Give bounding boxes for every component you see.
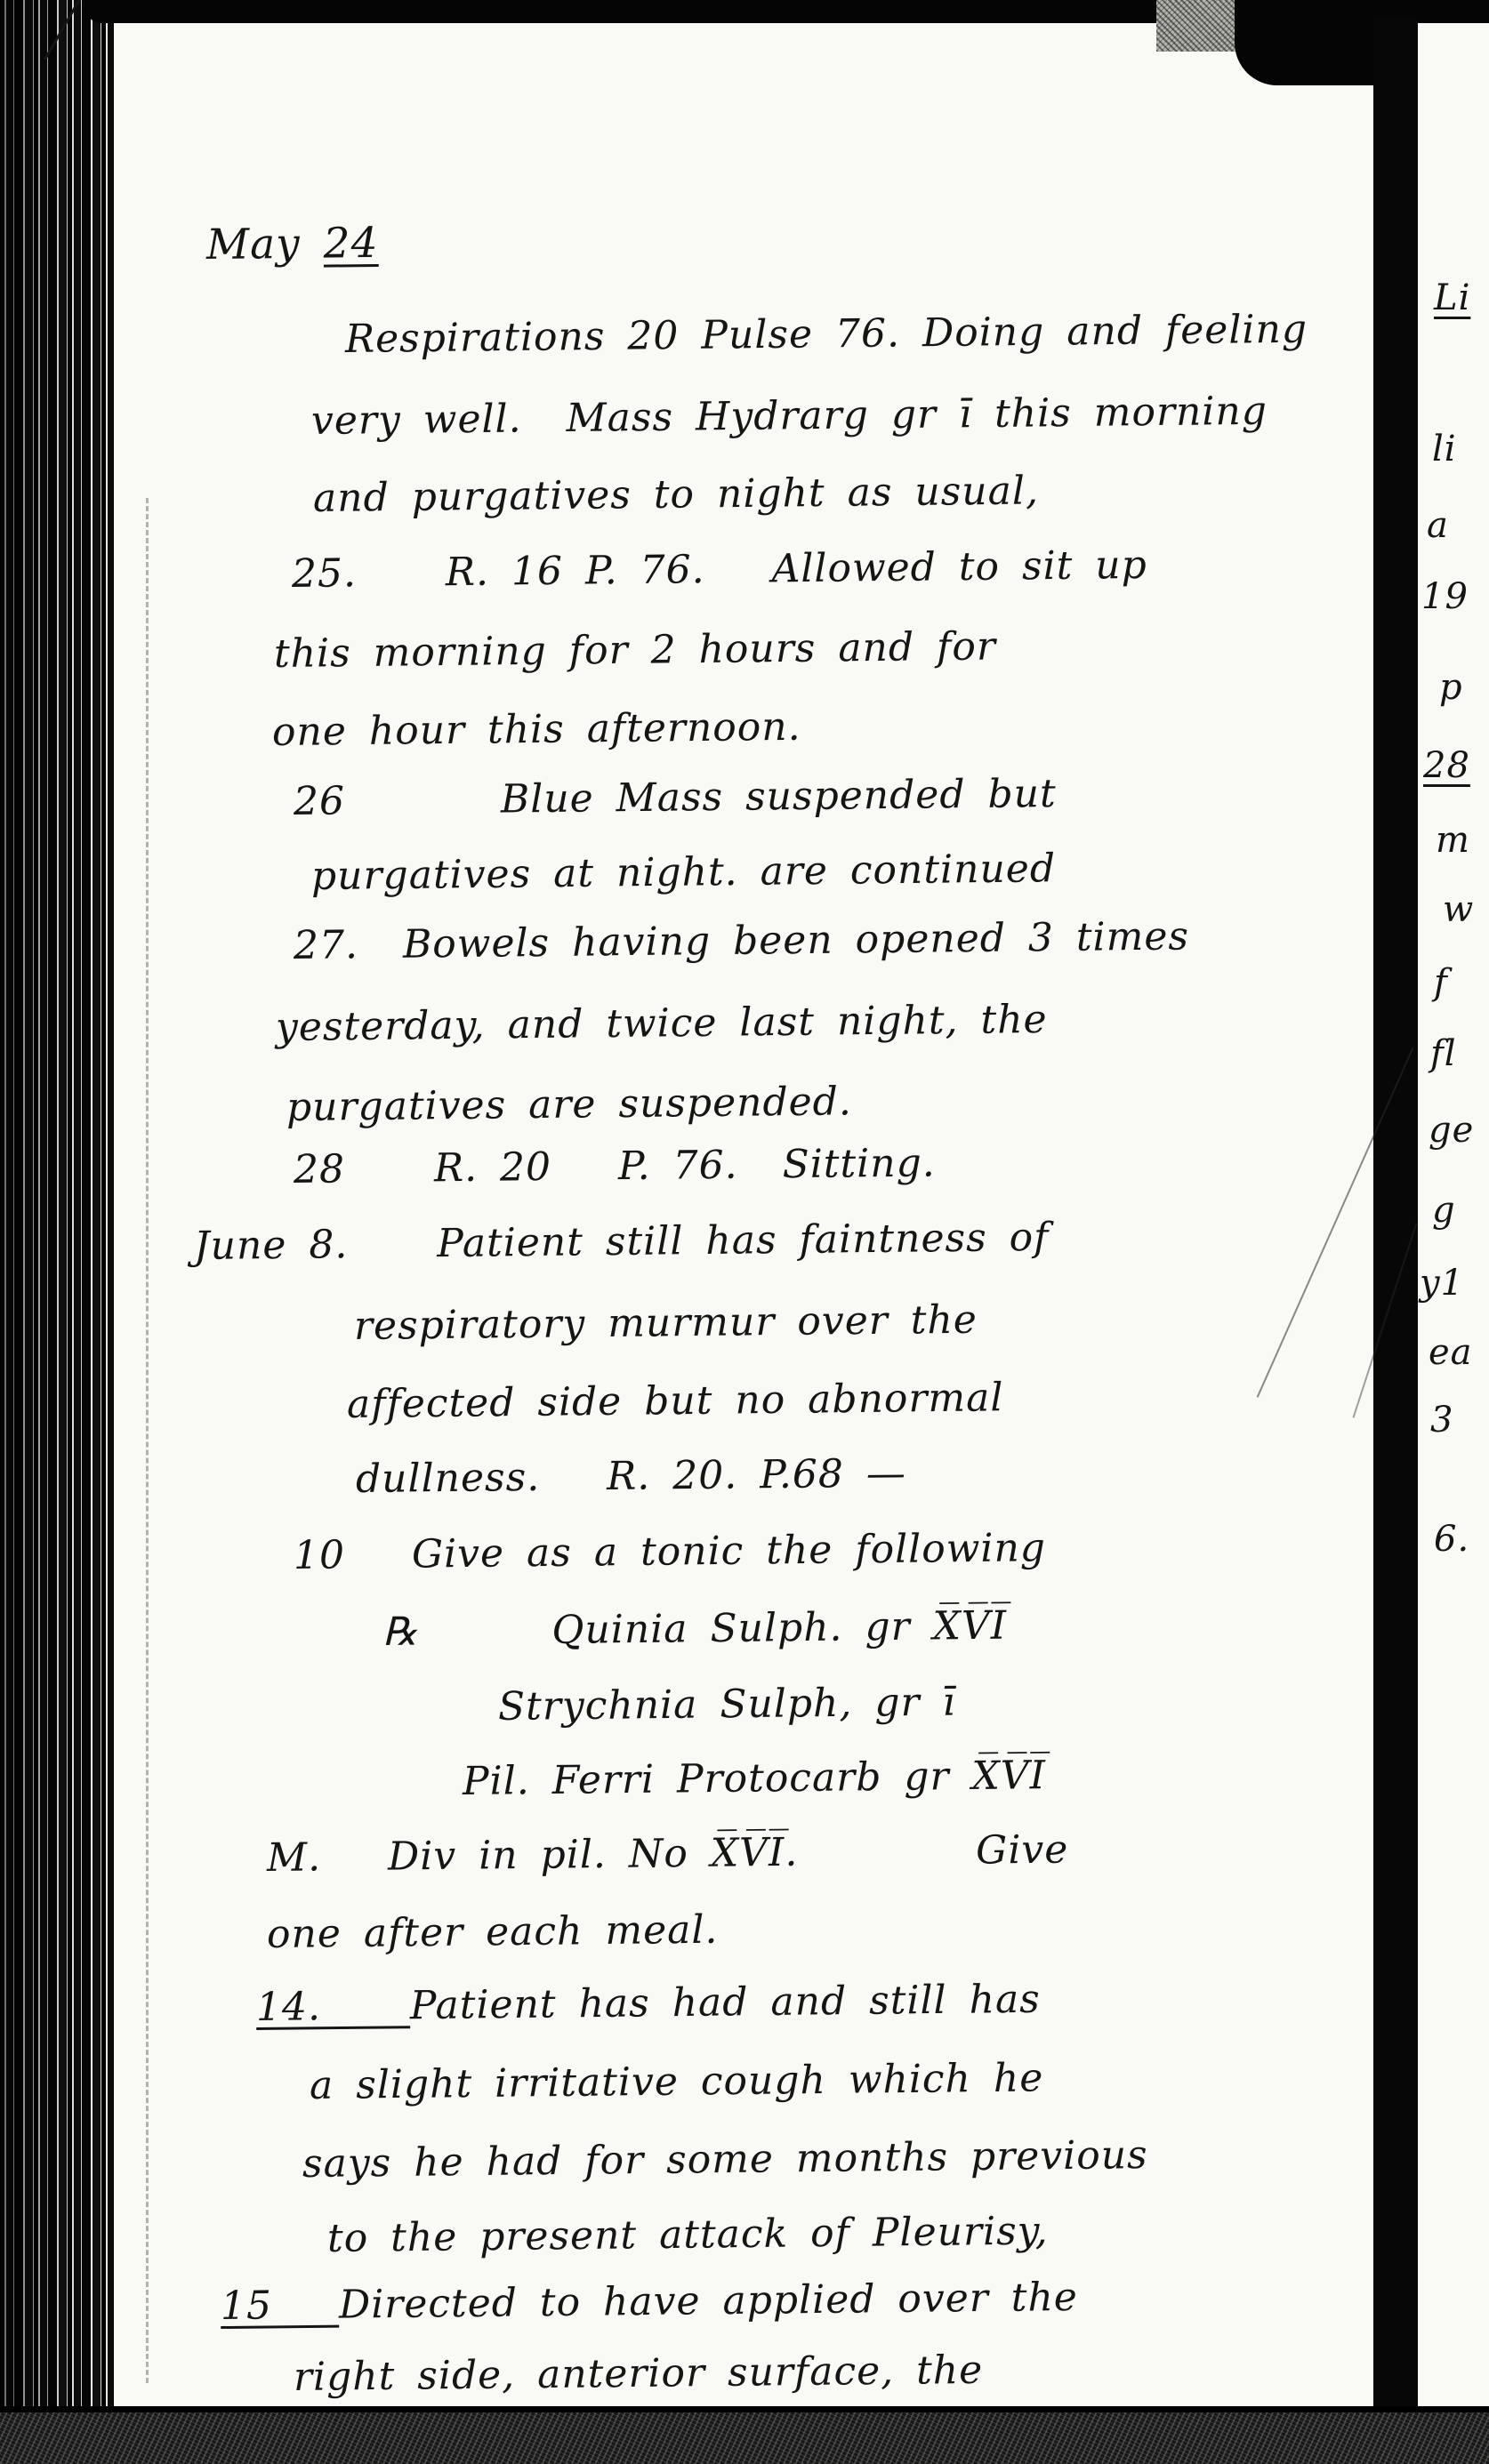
entry-text: Pil. Ferri Protocarb gr X̅V̅I̅: [463, 1753, 1047, 1804]
facing-page-fragment: f: [1434, 962, 1448, 1003]
entry-number: M.: [267, 1834, 389, 1881]
entry-number: June 8.: [194, 1221, 438, 1269]
facing-page-fragment: g: [1432, 1190, 1456, 1231]
manuscript-line: right side, anterior surface, the: [294, 2349, 984, 2400]
entry-text: Give as a tonic the following: [412, 1525, 1047, 1577]
manuscript-line: affected side but no abnormal: [347, 1376, 1004, 1426]
manuscript-line: a slight irritative cough which he: [310, 2057, 1044, 2107]
manuscript-line: M. Div in pil. No X̅V̅I̅. Give: [267, 1829, 1069, 1881]
facing-page-fragment: a: [1427, 505, 1449, 546]
manuscript-line: yesterday, and twice last night, the: [276, 999, 1048, 1049]
entry-text: yesterday, and twice last night, the: [276, 997, 1048, 1050]
manuscript-line: 27. Bowels having been opened 3 times: [294, 915, 1189, 967]
facing-page-fragment: li: [1432, 429, 1457, 470]
entry-text: Patient has had and still has: [410, 1977, 1041, 2028]
book-gutter-shadow: [1373, 18, 1418, 2417]
manuscript-line: dullness. R. 20. P.68 —: [356, 1453, 906, 1502]
scan-noise-block: [1156, 0, 1238, 52]
entry-text: Blue Mass suspended but: [501, 771, 1057, 823]
facing-page-fragment: p: [1439, 667, 1463, 708]
facing-page-fragment: w: [1443, 889, 1474, 930]
manuscript-line: this morning for 2 hours and for: [274, 625, 996, 676]
rx-symbol: ℞: [382, 1608, 552, 1655]
facing-page-fragment: ge: [1429, 1110, 1474, 1151]
facing-page-fragment: Li: [1434, 277, 1470, 318]
entry-text: right side, anterior surface, the: [294, 2348, 984, 2400]
manuscript-line: 15 Directed to have applied over the: [221, 2276, 1078, 2328]
entry-text: Bowels having been opened 3 times: [403, 913, 1190, 967]
manuscript-line: to the present attack of Pleurisy,: [327, 2211, 1049, 2261]
entry-text: and purgatives to night as usual,: [313, 468, 1039, 521]
entry-text: affected side but no abnormal: [347, 1375, 1004, 1427]
facing-page-fragment: 19: [1421, 576, 1469, 617]
entry-text: purgatives at night. are continued: [311, 846, 1057, 899]
entry-number: 26: [294, 777, 501, 824]
facing-page-fragment: 3: [1430, 1400, 1453, 1441]
manuscript-line: June 8. Patient still has faintness of: [194, 1216, 1050, 1268]
entry-text: one hour this afternoon.: [272, 704, 801, 755]
manuscript-line: purgatives are suspended.: [286, 1080, 852, 1129]
entry-text: Patient still has faintness of: [437, 1215, 1050, 1266]
date-month: May: [206, 220, 301, 269]
entry-number: 15: [221, 2283, 339, 2329]
manuscript-line: respiratory murmur over the: [354, 1299, 978, 1349]
entry-text: a slight irritative cough which he: [310, 2055, 1044, 2108]
manuscript-line: says he had for some months previous: [302, 2134, 1148, 2186]
entry-text: dullness. R. 20. P.68 —: [356, 1451, 906, 1502]
entry-number: 10: [294, 1532, 412, 1578]
facing-page-fragment: fl: [1430, 1033, 1457, 1074]
manuscript-line: ℞ Quinia Sulph. gr X̅V̅I̅: [382, 1605, 1008, 1655]
entry-text: R. 16 P. 76. Allowed to sit up: [446, 542, 1147, 595]
entry-text: to the present attack of Pleurisy,: [327, 2209, 1049, 2261]
entry-text: purgatives are suspended.: [286, 1079, 852, 1130]
entry-text: says he had for some months previous: [302, 2132, 1148, 2187]
manuscript-line: 10 Give as a tonic the following: [294, 1527, 1046, 1577]
facing-page-fragment: y1: [1420, 1263, 1464, 1304]
manuscript-line: one after each meal.: [267, 1909, 719, 1957]
manuscript-line: 28 R. 20 P. 76. Sitting.: [294, 1142, 936, 1192]
entry-number: 27.: [294, 922, 403, 968]
manuscript-line: Pil. Ferri Protocarb gr X̅V̅I̅: [463, 1754, 1047, 1803]
manuscript-line: Strychnia Sulph, gr ī: [498, 1681, 956, 1730]
entry-text: one after each meal.: [267, 1907, 719, 1957]
page-bottom-shadow: [0, 2406, 1489, 2464]
facing-page-fragment: 28: [1423, 745, 1470, 786]
manuscript-line: purgatives at night. are continued: [311, 847, 1056, 898]
margin-dotted-line: [146, 498, 149, 2383]
scanned-journal-page: May 24 Respirations 20 Pulse 76. Doing a…: [0, 0, 1489, 2464]
manuscript-line: one hour this afternoon.: [272, 706, 801, 755]
entry-number: 25.: [292, 550, 446, 597]
manuscript-line: and purgatives to night as usual,: [313, 470, 1039, 520]
entry-text: Directed to have applied over the: [339, 2275, 1078, 2328]
facing-page-fragment: m: [1436, 820, 1470, 861]
entry-number: 14.: [256, 1983, 410, 2030]
facing-page-fragment: ea: [1429, 1332, 1473, 1373]
entry-text: Div in pil. No X̅V̅I̅. Give: [388, 1827, 1069, 1880]
manuscript-line: 26 Blue Mass suspended but: [294, 773, 1057, 823]
date-heading: May 24: [206, 221, 379, 269]
entry-text: Strychnia Sulph, gr ī: [498, 1680, 956, 1730]
entry-number: 28: [294, 1145, 434, 1192]
entry-text: respiratory murmur over the: [354, 1297, 978, 1349]
entry-text: this morning for 2 hours and for: [274, 623, 996, 676]
facing-page-fragment: 6.: [1434, 1519, 1469, 1560]
manuscript-line: 14. Patient has had and still has: [256, 1978, 1041, 2030]
manuscript-line: 25. R. 16 P. 76. Allowed to sit up: [292, 544, 1147, 596]
book-binding-edge: [0, 0, 114, 2464]
entry-text: Quinia Sulph. gr X̅V̅I̅: [551, 1603, 1007, 1653]
date-day: 24: [323, 219, 378, 269]
entry-text: R. 20 P. 76. Sitting.: [434, 1140, 936, 1191]
